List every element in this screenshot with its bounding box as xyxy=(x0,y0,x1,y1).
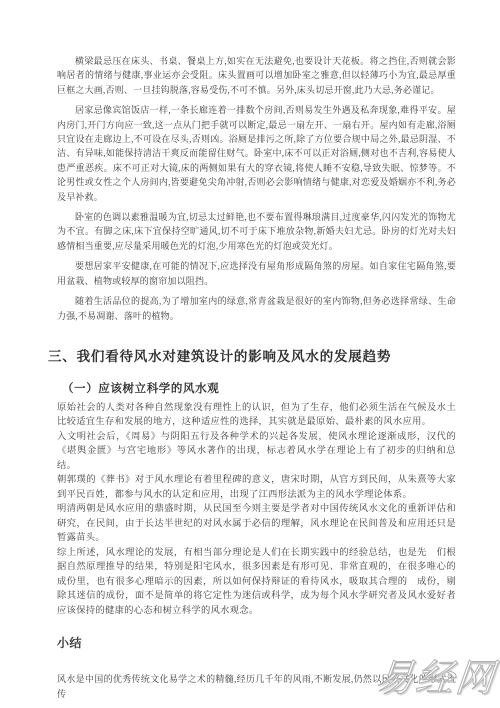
yijing-site-watermark: 易经网 xyxy=(373,647,499,702)
sub-heading: （一）应该树立科学的风水观 xyxy=(62,380,456,396)
paragraph-corridor-taboo: 居家忌像宾馆饭店一样,一条长廊连着一排数个房间,否则易发生外遇及私奔现象,难得平… xyxy=(57,103,456,204)
paragraph-bedroom-color: 卧室的色调以素雅温暖为宜,切忌太过鲜艳,也不要布置得琳琅满目,过度豪华,闪闪发光… xyxy=(57,210,456,253)
science-paragraph-zhouyi: 入文明社会后，《周易》与阴阳五行及各种学术的兴起各发展，使风水理论逐渐成形，汉代… xyxy=(57,430,456,474)
science-paragraph-guopu: 朝郭璞的《葬书》对于风水理论有着里程碑的意义，唐宋时期，从官方到民间，从朱熹等大… xyxy=(57,473,456,502)
science-paragraph-origin: 原始社会的人类对各种自然现象没有理性上的认识，但为了生存，他们必须生活在气候及水… xyxy=(57,401,456,430)
science-section: 原始社会的人类对各种自然现象没有理性上的认识，但为了生存，他们必须生活在气候及水… xyxy=(57,401,456,619)
paragraph-corner-sha: 要想居家平安健康,在可能的情况下,应选择没有屋角形成隔角煞的房屋。如自家住宅隔角… xyxy=(57,259,456,288)
science-paragraph-conclusion: 综上所述，风水理论的发展，有相当部分理论是人们在长期实践中的经验总结，也是先 们… xyxy=(57,546,456,619)
section-heading: 三、我们看待风水对建筑设计的影响及风水的发展趋势 xyxy=(48,345,456,365)
science-paragraph-mingqing: 明清两朝是风水应用的鼎盛时期，从民国至今则主要是学者对中国传统风水文化的重新评估… xyxy=(57,502,456,546)
paragraph-beam-taboo: 横梁最忌压在床头、书桌、餐桌上方,如实在无法避免,也要设计天花板。将之挡住,否则… xyxy=(57,54,456,97)
document-page: 横梁最忌压在床头、书桌、餐桌上方,如实在无法避免,也要设计天花板。将之挡住,否则… xyxy=(0,0,500,708)
paragraph-evergreen-plants: 随着生活品位的提高,为了增加室内的绿意,常青盆栽是很好的室内饰物,但务必选择常绿… xyxy=(57,294,456,323)
document-content: 横梁最忌压在床头、书桌、餐桌上方,如实在无法避免,也要设计天花板。将之挡住,否则… xyxy=(0,0,500,701)
